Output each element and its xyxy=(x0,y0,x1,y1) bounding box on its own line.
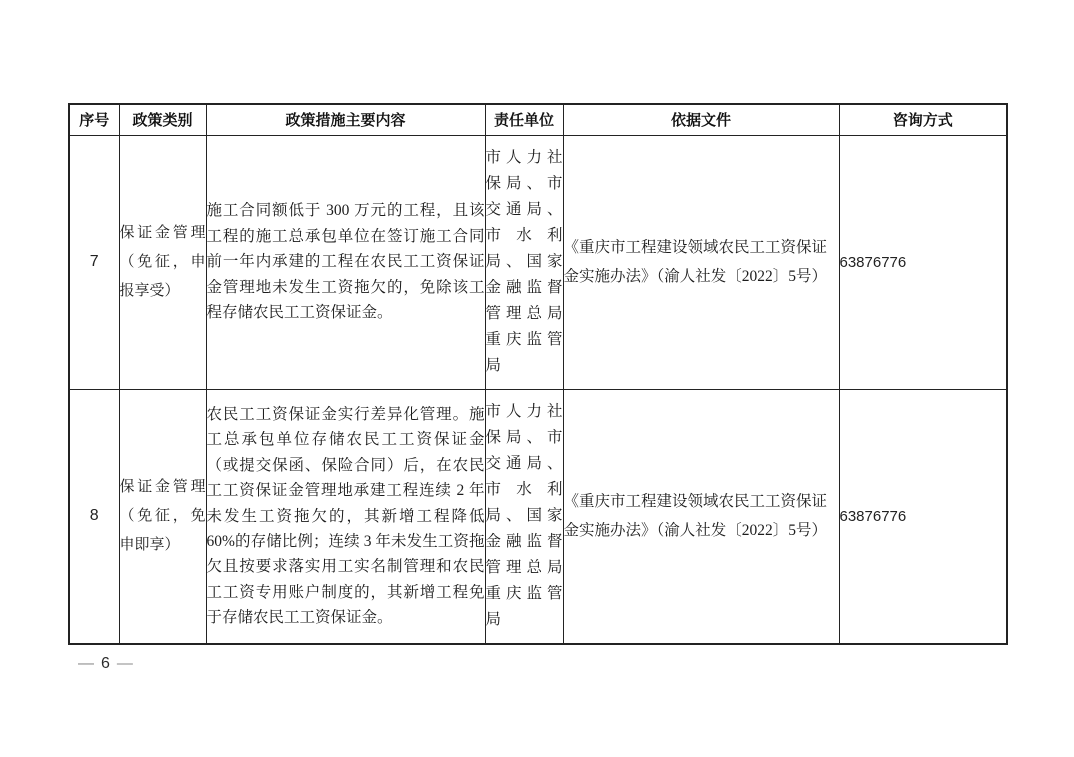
row8-category: 保证金管理（免征，免申即享） xyxy=(119,389,206,644)
header-serial: 序号 xyxy=(69,104,119,135)
document-page: 序号 政策类别 政策措施主要内容 责任单位 依据文件 咨询方式 7 保证金管理（… xyxy=(0,0,1074,757)
row7-responsible-unit: 市人力社保局、市交通局、市水利局、国家金融监督管理总局重庆监管局 xyxy=(485,135,563,389)
header-category: 政策类别 xyxy=(119,104,206,135)
header-basis-document: 依据文件 xyxy=(563,104,839,135)
row7-contact: 63876776 xyxy=(839,135,1007,389)
row8-responsible-unit: 市人力社保局、市交通局、市水利局、国家金融监督管理总局重庆监管局 xyxy=(485,389,563,644)
row8-serial: 8 xyxy=(69,389,119,644)
row7-category: 保证金管理（免征，申报享受） xyxy=(119,135,206,389)
row7-serial: 7 xyxy=(69,135,119,389)
row8-contact: 63876776 xyxy=(839,389,1007,644)
table-row: 8 保证金管理（免征，免申即享） 农民工工资保证金实行差异化管理。施工总承包单位… xyxy=(69,389,1007,644)
page-number-right-dash: — xyxy=(117,655,133,672)
header-content: 政策措施主要内容 xyxy=(206,104,485,135)
page-number: —6— xyxy=(78,655,133,673)
row7-basis-document: 《重庆市工程建设领域农民工工资保证金实施办法》（渝人社发〔2022〕5号） xyxy=(563,135,839,389)
row8-basis-document: 《重庆市工程建设领域农民工工资保证金实施办法》（渝人社发〔2022〕5号） xyxy=(563,389,839,644)
policy-table: 序号 政策类别 政策措施主要内容 责任单位 依据文件 咨询方式 7 保证金管理（… xyxy=(68,103,1008,645)
table-row: 7 保证金管理（免征，申报享受） 施工合同额低于 300 万元的工程，且该工程的… xyxy=(69,135,1007,389)
header-responsible-unit: 责任单位 xyxy=(485,104,563,135)
page-number-value: 6 xyxy=(101,655,110,672)
row8-content: 农民工工资保证金实行差异化管理。施工总承包单位存储农民工工资保证金（或提交保函、… xyxy=(206,389,485,644)
row7-content: 施工合同额低于 300 万元的工程，且该工程的施工总承包单位在签订施工合同前一年… xyxy=(206,135,485,389)
table-header-row: 序号 政策类别 政策措施主要内容 责任单位 依据文件 咨询方式 xyxy=(69,104,1007,135)
page-number-left-dash: — xyxy=(78,655,94,672)
header-contact: 咨询方式 xyxy=(839,104,1007,135)
